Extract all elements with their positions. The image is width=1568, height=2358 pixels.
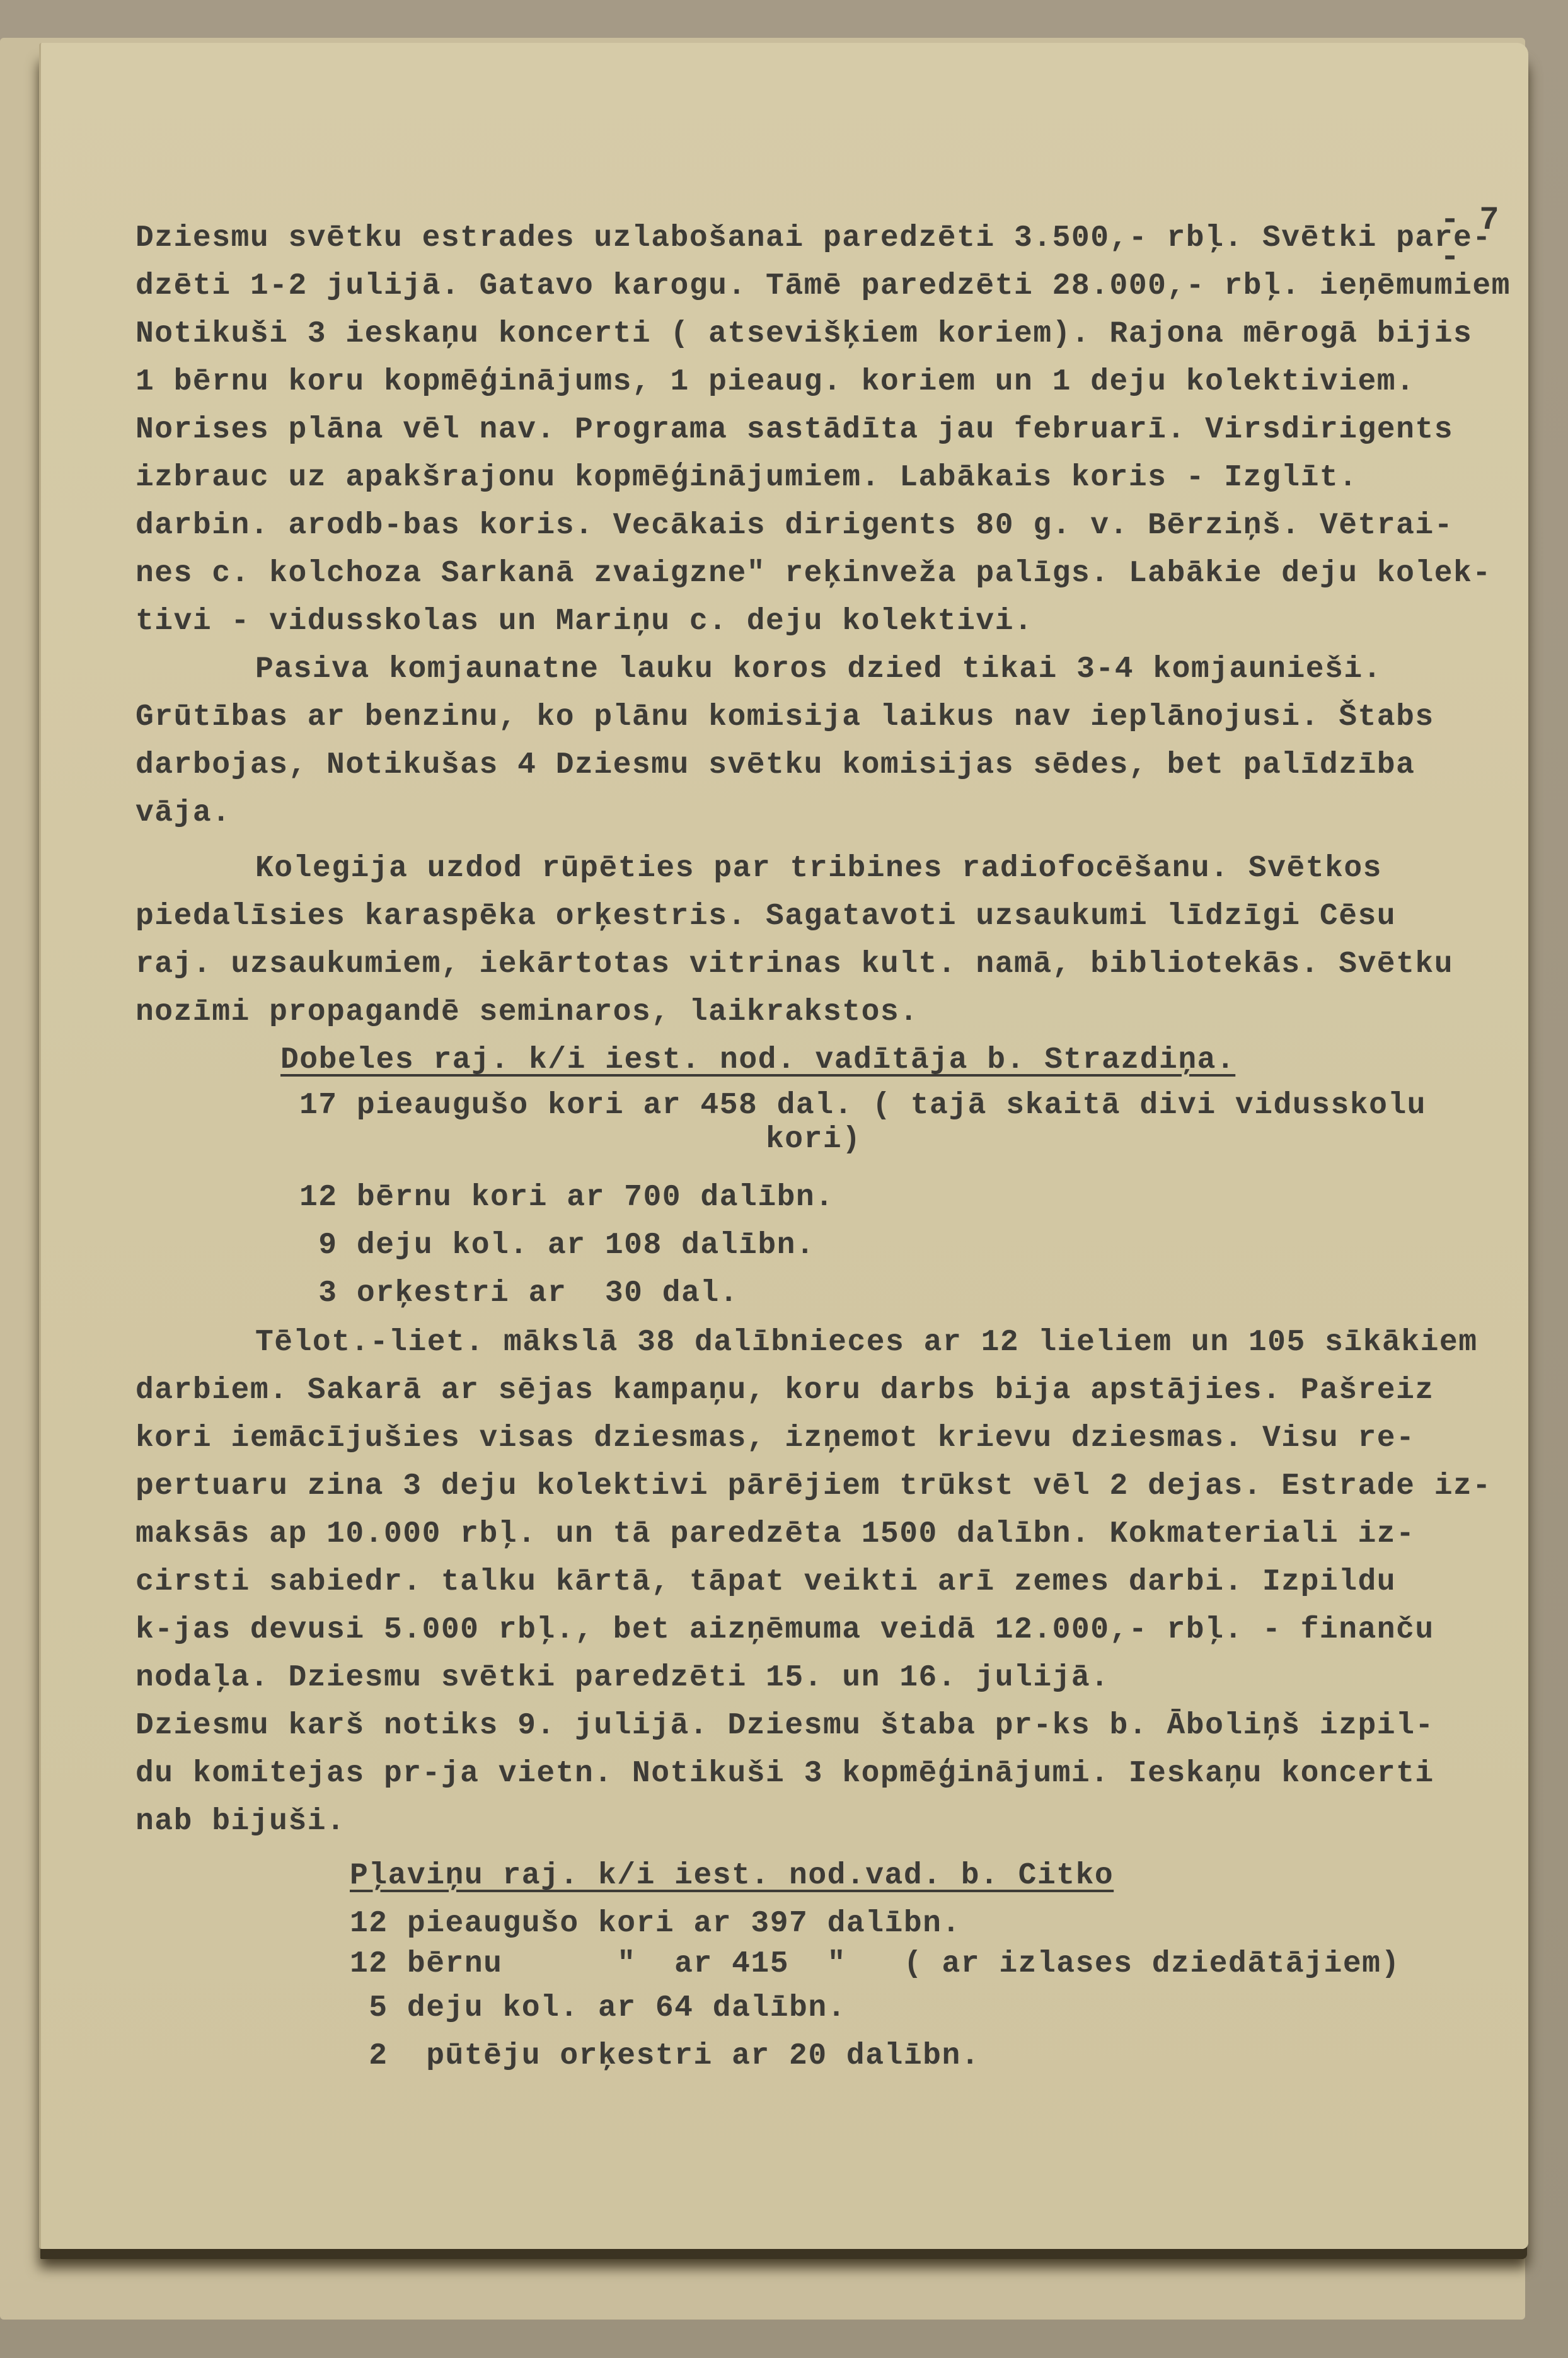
dobele-item-1-cont: kori) (766, 1116, 862, 1164)
plavinas-item-3: 5 deju kol. ar 64 dalībn. (350, 1984, 846, 2032)
dobele-text-3: kori iemācījušies visas dziesmas, izņemo… (135, 1414, 1415, 1462)
dobele-text-9: Dziesmu karš notiks 9. julijā. Dziesmu š… (135, 1702, 1434, 1750)
dobele-text-8: nodaļa. Dziesmu svētki paredzēti 15. un … (135, 1654, 1110, 1702)
typewritten-page: - 7 - Dziesmu svētku estrades uzlabošana… (39, 43, 1528, 2249)
p1-line-8: nes c. kolchoza Sarkanā zvaigzne" reķinv… (135, 550, 1492, 598)
p3-line-1: Kolegija uzdod rūpēties par tribines rad… (255, 845, 1382, 893)
p3-line-2: piedalīsies karaspēka orķestris. Sagatav… (135, 893, 1396, 940)
dobele-text-11: nab bijuši. (135, 1798, 345, 1846)
p2-line-1: Pasiva komjaunatne lauku koros dzied tik… (255, 645, 1382, 693)
p1-line-4: 1 bērnu koru kopmēģinājums, 1 pieaug. ko… (135, 358, 1415, 406)
dobele-item-2: 12 bērnu kori ar 700 dalībn. (299, 1174, 834, 1222)
p1-line-9: tivi - vidusskolas un Mariņu c. deju kol… (135, 598, 1033, 645)
dobele-text-10: du komitejas pr-ja vietn. Notikuši 3 kop… (135, 1750, 1434, 1798)
plavinas-item-4: 2 pūtēju orķestri ar 20 dalībn. (350, 2032, 980, 2080)
p3-line-4: nozīmi propagandē seminaros, laikrakstos… (135, 988, 919, 1036)
dobele-text-4: pertuaru zina 3 deju kolektivi pārējiem … (135, 1462, 1492, 1510)
plavinas-item-2: 12 bērnu " ar 415 " ( ar izlases dziedāt… (350, 1940, 1400, 1988)
p2-line-4: vāja. (135, 789, 231, 837)
dobele-text-1: Tēlot.-liet. mākslā 38 dalībnieces ar 12… (255, 1319, 1478, 1367)
p1-line-7: darbin. arodb-bas koris. Vecākais dirige… (135, 502, 1453, 550)
dobele-text-6: cirsti sabiedr. talku kārtā, tāpat veikt… (135, 1558, 1396, 1606)
p2-line-3: darbojas, Notikušas 4 Dziesmu svētku kom… (135, 741, 1415, 789)
dobele-item-3: 9 deju kol. ar 108 dalībn. (299, 1222, 815, 1269)
dobele-heading: Dobeles raj. k/i iest. nod. vadītāja b. … (280, 1036, 1235, 1084)
dobele-text-2: darbiem. Sakarā ar sējas kampaņu, koru d… (135, 1367, 1434, 1414)
plavinas-heading: Pļaviņu raj. k/i iest. nod.vad. b. Citko (350, 1852, 1114, 1900)
p2-line-2: Grūtības ar benzinu, ko plānu komisija l… (135, 693, 1434, 741)
dobele-text-7: k-jas devusi 5.000 rbļ., bet aizņēmuma v… (135, 1606, 1434, 1654)
dobele-item-4: 3 orķestri ar 30 dal. (299, 1269, 739, 1317)
p1-line-1: Dziesmu svētku estrades uzlabošanai pare… (135, 214, 1492, 262)
dobele-item-1: 17 pieaugušo kori ar 458 dal. ( tajā ska… (299, 1082, 1426, 1130)
p1-line-3: Notikuši 3 ieskaņu koncerti ( atsevišķie… (135, 310, 1472, 358)
p3-line-3: raj. uzsaukumiem, iekārtotas vitrinas ku… (135, 940, 1453, 988)
p1-line-5: Norises plāna vēl nav. Programa sastādīt… (135, 406, 1453, 454)
p1-line-6: izbrauc uz apakšrajonu kopmēģinājumiem. … (135, 454, 1358, 502)
p1-line-2: dzēti 1-2 julijā. Gatavo karogu. Tāmē pa… (135, 262, 1511, 310)
dobele-text-5: maksās ap 10.000 rbļ. un tā paredzēta 15… (135, 1510, 1415, 1558)
